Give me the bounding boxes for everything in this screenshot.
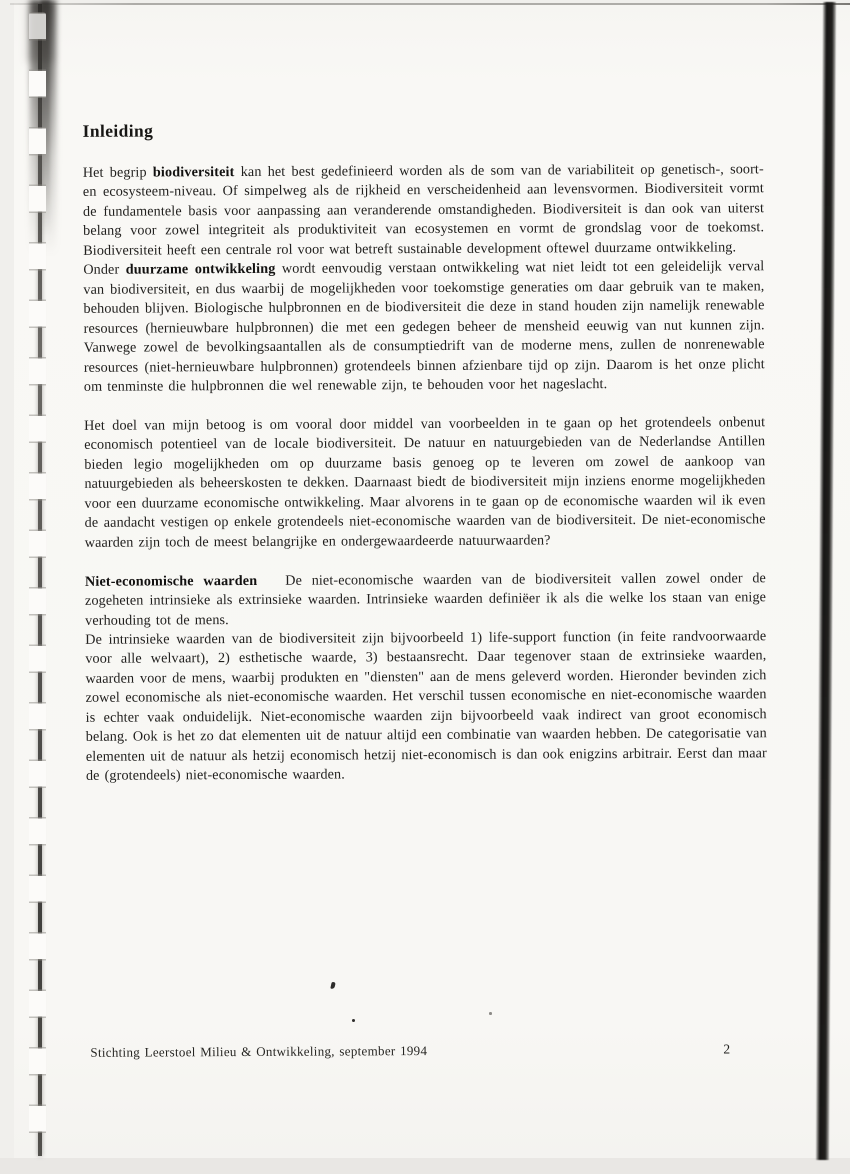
paragraph-5-text: De intrinsieke waarden van de biodiversi… [85,628,767,784]
scan-speck [489,1012,492,1015]
binding-comb-teeth [29,12,46,1155]
paragraph-2-rest: wordt eenvoudig verstaan ontwikkeling wa… [83,259,764,395]
footer-imprint: Stichting Leerstoel Milieu & Ontwikkelin… [90,1043,427,1061]
text-column: Inleiding Het begrip biodiversiteit kan … [83,117,767,786]
paragraph-2: Onder duurzame ontwikkeling wordt eenvou… [83,258,765,398]
paper-sheet: Inleiding Het begrip biodiversiteit kan … [14,3,850,1158]
bold-term-biodiversiteit: biodiversiteit [153,164,235,180]
paragraph-5: De intrinsieke waarden van de biodiversi… [85,627,767,786]
paragraph-3-text: Het doel van mijn betoog is om vooral do… [84,414,766,550]
paragraph-1: Het begrip biodiversiteit kan het best g… [83,160,764,261]
scanned-document: Inleiding Het begrip biodiversiteit kan … [0,0,850,1174]
page-footer: Stichting Leerstoel Milieu & Ontwikkelin… [90,1041,730,1060]
printed-content: Inleiding Het begrip biodiversiteit kan … [11,1,850,1160]
bold-term-duurzame-ontwikkeling: duurzame ontwikkeling [126,261,276,278]
scanner-background [0,1158,850,1174]
binding-top-shade [27,2,53,62]
paragraph-3: Het doel van mijn betoog is om vooral do… [84,413,766,553]
scan-speck [352,1019,355,1022]
sheet-top-edge [10,3,850,5]
section-heading: Inleiding [83,117,764,141]
page-number: 2 [723,1041,730,1057]
paragraph-1-text: Het begrip [83,164,153,180]
run-in-heading-niet-economische-waarden: Niet-economische waarden [85,573,257,590]
paragraph-2-text: Onder [83,262,125,278]
paragraph-4: Niet-economische waardenDe niet-economis… [85,569,766,631]
